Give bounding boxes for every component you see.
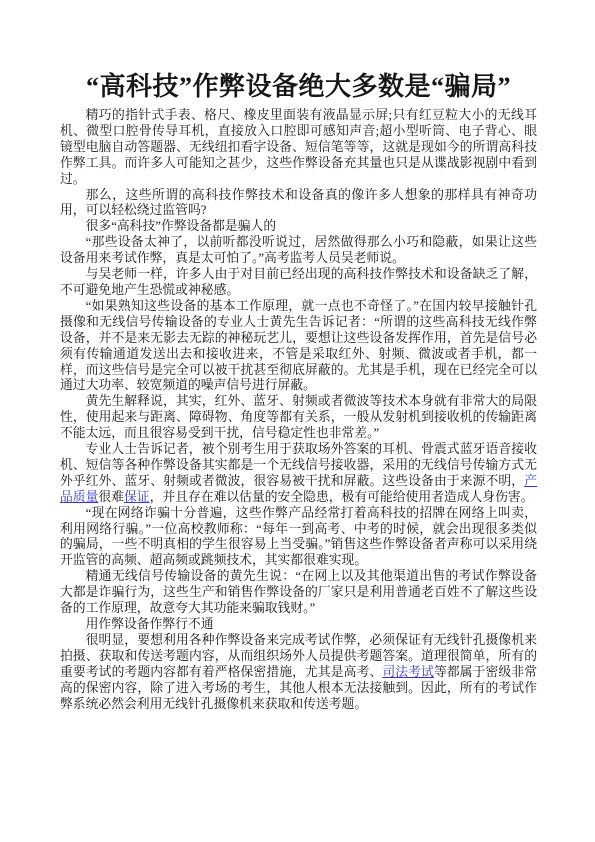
- text-run: “如果熟知这些设备的基本工作原理，就一点也不奇怪了。”在国内较早接触针孔摄像和无…: [60, 299, 537, 393]
- text-run: 黄先生解释说，其实，红外、蓝牙、射频或者微波等技术本身就有非常大的局限性，使用起…: [60, 394, 537, 440]
- text-run: ，并且存在难以估量的安全隐患，极有可能给使用者造成人身伤害。: [150, 490, 534, 504]
- paragraph-10: 精通无线信号传输设备的黄先生说：“在网上以及其他渠道出售的考试作弊设备大都是诈骗…: [60, 569, 537, 617]
- text-run: 很难: [98, 490, 124, 504]
- inline-link[interactable]: 保证: [124, 490, 150, 504]
- inline-link[interactable]: 司法考试: [382, 665, 434, 679]
- text-run: 专业人士告诉记者，被个别考生用于获取场外答案的耳机、骨震式蓝牙语音接收机、短信等…: [60, 442, 537, 488]
- text-run: 用作弊设备作弊行不通: [86, 617, 214, 631]
- paragraph-12: 很明显，要想利用各种作弊设备来完成考试作弊，必须保证有无线针孔摄像机来拍摄、获取…: [60, 633, 537, 713]
- paragraph-6: “如果熟知这些设备的基本工作原理，就一点也不奇怪了。”在国内较早接触针孔摄像和无…: [60, 299, 537, 394]
- paragraph-1: 精巧的指针式手表、格尺、橡皮里面装有液晶显示屏;只有红豆粒大小的无线耳机、微型口…: [60, 108, 537, 188]
- paragraph-9: “现在网络诈骗十分普遍，这些作弊产品经常打着高科技的招牌在网络上叫卖，利用网络行…: [60, 506, 537, 570]
- text-run: 精巧的指针式手表、格尺、橡皮里面装有液晶显示屏;只有红豆粒大小的无线耳机、微型口…: [60, 108, 537, 186]
- article-body: 精巧的指针式手表、格尺、橡皮里面装有液晶显示屏;只有红豆粒大小的无线耳机、微型口…: [60, 108, 537, 712]
- text-run: 那么，这些所谓的高科技作弊技术和设备真的像许多人想象的那样具有神奇功用，可以轻松…: [60, 188, 537, 218]
- text-run: 很多“高科技”作弊设备都是骗人的: [86, 219, 277, 233]
- document-page: “高科技”作弊设备绝大多数是“骗局” 精巧的指针式手表、格尺、橡皮里面装有液晶显…: [0, 0, 595, 842]
- article-title: “高科技”作弊设备绝大多数是“骗局”: [60, 70, 537, 103]
- paragraph-7: 黄先生解释说，其实，红外、蓝牙、射频或者微波等技术本身就有非常大的局限性，使用起…: [60, 394, 537, 442]
- paragraph-11: 用作弊设备作弊行不通: [60, 617, 537, 633]
- paragraph-5: 与吴老师一样，许多人由于对目前已经出现的高科技作弊技术和设备缺乏了解，不可避免地…: [60, 267, 537, 299]
- paragraph-2: 那么，这些所谓的高科技作弊技术和设备真的像许多人想象的那样具有神奇功用，可以轻松…: [60, 188, 537, 220]
- paragraph-4: “那些设备太神了，以前听都没听说过，居然做得那么小巧和隐蔽，如果让这些设备用来考…: [60, 235, 537, 267]
- text-run: “现在网络诈骗十分普遍，这些作弊产品经常打着高科技的招牌在网络上叫卖，利用网络行…: [60, 506, 537, 568]
- paragraph-3: 很多“高科技”作弊设备都是骗人的: [60, 219, 537, 235]
- text-run: 与吴老师一样，许多人由于对目前已经出现的高科技作弊技术和设备缺乏了解，不可避免地…: [60, 267, 537, 297]
- text-run: 精通无线信号传输设备的黄先生说：“在网上以及其他渠道出售的考试作弊设备大都是诈骗…: [60, 569, 537, 615]
- paragraph-8: 专业人士告诉记者，被个别考生用于获取场外答案的耳机、骨震式蓝牙语音接收机、短信等…: [60, 442, 537, 506]
- text-run: “那些设备太神了，以前听都没听说过，居然做得那么小巧和隐蔽，如果让这些设备用来考…: [60, 235, 537, 265]
